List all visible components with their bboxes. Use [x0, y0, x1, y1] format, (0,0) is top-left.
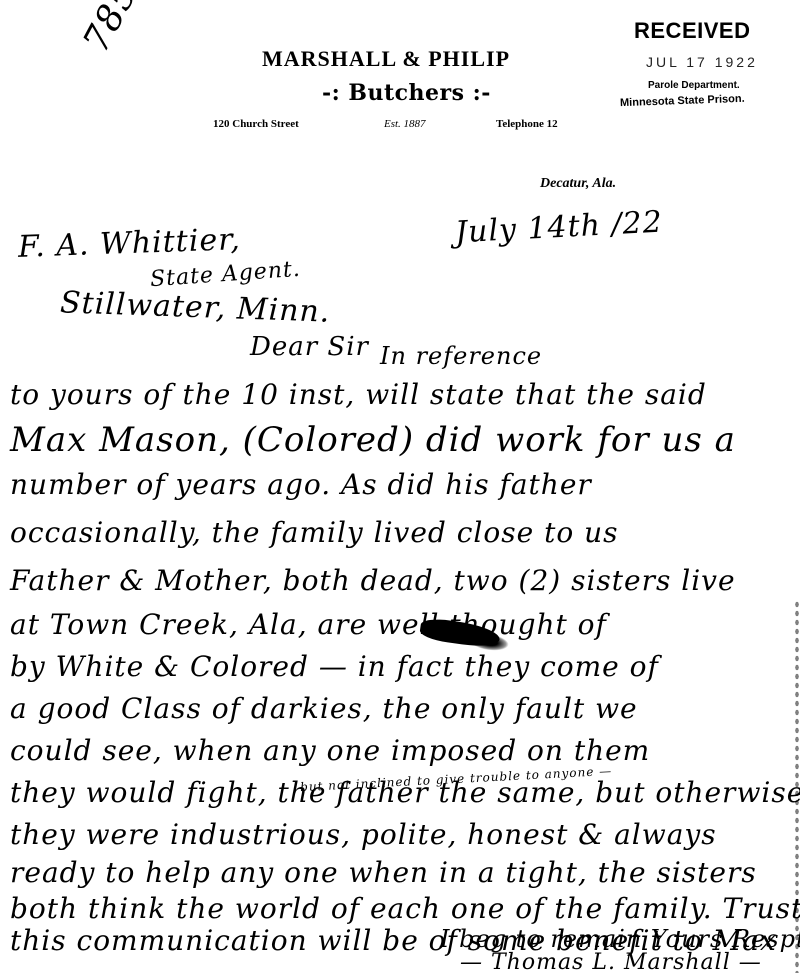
letter-line: Father & Mother, both dead, two (2) sist… — [10, 564, 736, 597]
letter-line: at Town Creek, Ala, are well thought of — [10, 608, 607, 641]
stamp-title: RECEIVED — [634, 18, 750, 44]
addressee-city: Stillwater, Minn. — [59, 285, 330, 329]
stamp-date: JUL 17 1922 — [646, 54, 758, 70]
letter-line: they were industrious, polite, honest & … — [10, 818, 717, 851]
addressee-title: State Agent. — [149, 257, 301, 292]
letter-line: number of years ago. As did his father — [10, 468, 592, 501]
letterhead-place: Decatur, Ala. — [540, 176, 616, 192]
scan-edge-noise — [794, 600, 800, 973]
letter-date: July 14th /22 — [454, 205, 663, 251]
street-address: 120 Church Street — [213, 118, 299, 130]
telephone-number: Telephone 12 — [496, 118, 558, 130]
trade-line: -: Butchers :- — [322, 80, 491, 106]
addressee-name: F. A. Whittier, — [17, 222, 241, 265]
closing: I beg to remain Yours Respt. — [440, 925, 800, 953]
letter-line: they would fight, the father the same, b… — [10, 776, 800, 809]
letter-line: a good Class of darkies, the only fault … — [10, 692, 638, 725]
letter-line: by White & Colored — in fact they come o… — [10, 650, 659, 683]
stamp-institution: Minnesota State Prison. — [620, 93, 745, 109]
letter-line: both think the world of each one of the … — [10, 892, 800, 925]
letter-line: Max Mason, (Colored) did work for us a — [10, 420, 736, 460]
stamp-department: Parole Department. — [648, 80, 740, 91]
letter-line: could see, when any one imposed on them — [10, 734, 650, 767]
opening-phrase: In reference — [380, 342, 542, 370]
file-number-annotation: 7854# — [76, 0, 172, 59]
established-year: Est. 1887 — [384, 118, 426, 130]
letter-line: occasionally, the family lived close to … — [10, 516, 619, 549]
letter-line: to yours of the 10 inst, will state that… — [10, 378, 707, 411]
letter-line: ready to help any one when in a tight, t… — [10, 856, 757, 889]
signature: — Thomas L. Marshall — — [460, 950, 762, 973]
salutation: Dear Sir — [250, 332, 369, 362]
company-name: MARSHALL & PHILIP — [262, 46, 510, 72]
